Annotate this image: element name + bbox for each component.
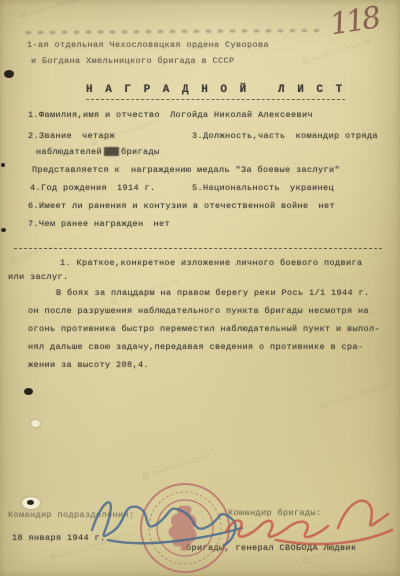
paper-chip bbox=[31, 420, 40, 427]
field-label: 7.Чем ранее награжден bbox=[28, 219, 144, 229]
field-label: 5.Национальность bbox=[192, 183, 280, 193]
gear-icon: ⚙ bbox=[48, 553, 60, 565]
field-label: 6.Имеет ли ранения и контузии в отечеств… bbox=[28, 201, 309, 211]
field-value: четарж bbox=[82, 131, 115, 141]
paper-speck bbox=[24, 388, 33, 395]
field-label: 4.Год рождения bbox=[30, 183, 107, 193]
ink-smudge bbox=[104, 147, 119, 156]
unit-name-line1: 1-ая отдельная Чехословацкая ордена Суво… bbox=[27, 40, 269, 50]
field-nationality: 5.Национальностьукраинец bbox=[192, 183, 334, 193]
field-value: командир отряда bbox=[296, 131, 379, 141]
dashed-separator bbox=[14, 248, 382, 249]
citation-heading-line2: или заслуг. bbox=[8, 272, 69, 282]
brigade-commander-signature-red bbox=[220, 492, 395, 550]
field-label: 3.Должность,часть bbox=[192, 131, 286, 141]
paper-speck bbox=[4, 70, 14, 78]
citation-line: нял дальше свою задачу,передавая сведени… bbox=[28, 342, 364, 352]
gear-icon: ⚙ bbox=[18, 11, 30, 23]
citation-line: он после разрушения наблюдательного пунк… bbox=[28, 306, 369, 316]
field-position: 3.Должность,частькомандир отряда bbox=[192, 131, 378, 141]
paper-speck bbox=[27, 500, 34, 505]
field-label: 2.Звание bbox=[28, 131, 72, 141]
field-full-name: 1.Фамилия,имя и отчествоЛогойда Николай … bbox=[28, 110, 313, 120]
field-wounds: 6.Имеет ли ранения и контузии в отечеств… bbox=[28, 201, 335, 211]
citation-line: жении за высоту 208,4. bbox=[28, 360, 149, 370]
award-sheet-document: ⚙ПАМЯТЬ НАРОДА РФ ⚙ПАМЯТЬ НАРОДА РФ ⚙ПАМ… bbox=[0, 0, 400, 576]
archive-watermark: ⚙ПАМЯТЬ НАРОДА РФ bbox=[140, 451, 212, 483]
field-label: 1.Фамилия,имя и отчество bbox=[28, 110, 160, 120]
citation-line: В боях за плацдарм на правом берегу реки… bbox=[56, 288, 370, 298]
field-value: нет bbox=[319, 201, 336, 211]
paper-speck bbox=[1, 228, 6, 232]
field-previous-awards: 7.Чем ранее награжденнет bbox=[28, 219, 170, 229]
gear-icon: ⚙ bbox=[300, 57, 312, 69]
page-number-handwritten: 118 bbox=[328, 0, 381, 42]
paper-speck bbox=[1, 163, 5, 167]
field-award-proposal: Представляется к награждению медаль "За … bbox=[32, 165, 340, 175]
field-value: 1914 г. bbox=[117, 183, 156, 193]
gear-icon: ⚙ bbox=[8, 255, 20, 267]
gear-icon: ⚙ bbox=[318, 401, 330, 413]
field-value: нет bbox=[154, 219, 171, 229]
archive-watermark: ⚙ПАМЯТЬ НАРОДА РФ bbox=[318, 381, 390, 413]
citation-line: огонь противника быстро переместил наблю… bbox=[28, 324, 380, 334]
field-value: Логойда Николай Алексеевич bbox=[170, 110, 313, 120]
citation-heading-line1: 1. Краткое,конкретное изложение личного … bbox=[60, 258, 363, 268]
faded-typewriter-line bbox=[26, 29, 326, 34]
document-title: Н А Г Р А Д Н О Й Л И С Т bbox=[86, 84, 345, 100]
field-value: украинец bbox=[290, 183, 334, 193]
field-birth-year: 4.Год рождения1914 г. bbox=[30, 183, 156, 193]
gear-icon: ⚙ bbox=[300, 555, 312, 567]
field-position-continued: наблюдателейбригады bbox=[36, 147, 160, 157]
unit-name-line2: и Богдана Хмельницкого бригада в СССР bbox=[31, 56, 235, 66]
archive-watermark: ⚙ПАМЯТЬ НАРОДА РФ bbox=[18, 0, 90, 23]
field-rank: 2.Званиечетарж bbox=[28, 131, 115, 141]
